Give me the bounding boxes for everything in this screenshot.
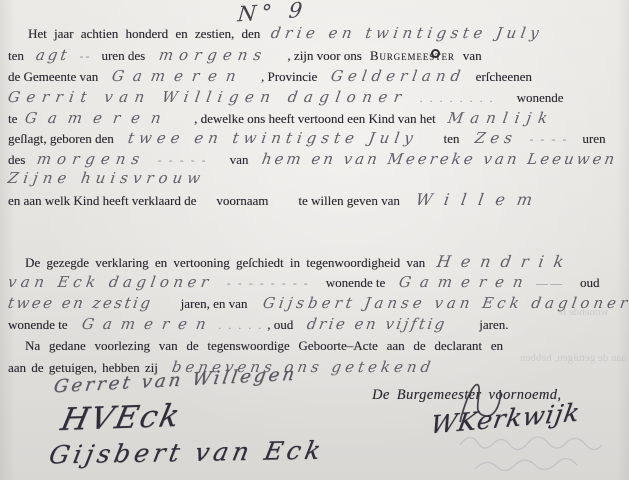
handwritten-witness1-place: Gameren (398, 273, 534, 291)
handwritten-province: Gelderland (330, 67, 467, 85)
act-number: N° 9 (237, 0, 309, 26)
handwritten-municipality: Gameren (111, 67, 247, 85)
signature-witness2: Gijsbert van Eck (47, 436, 327, 470)
printed-ten-2: ten (444, 131, 460, 146)
handwritten-daypart: morgens (158, 46, 269, 64)
printed-wonende-te-2: wonende te (8, 317, 68, 332)
text-line-7: des morgens - - - - - van hem en van Mee… (8, 150, 618, 169)
printed-van: van (463, 48, 482, 63)
printed-declared-name: en aan welk Kind heeft verklaard de (8, 193, 196, 208)
printed-des: des (8, 152, 25, 167)
handwritten-hour: agt (34, 46, 70, 64)
text-line-6: geſlagt, geboren den twee en twintigste … (8, 129, 606, 148)
printed-year-text: Het jaar achtien honderd en zestien, den (28, 26, 260, 41)
bleedthrough-text-1: wonende te (558, 306, 608, 318)
filler-dots: . . . . . . . . (420, 91, 495, 105)
printed-provincie: , Provincie (261, 69, 317, 84)
printed-born-den: geſlagt, geboren den (8, 131, 114, 146)
handwritten-witness2-place: Gameren (80, 315, 216, 333)
printed-uren-des: uren des (101, 48, 145, 63)
handwritten-witness1-first: Hendrik (436, 252, 575, 271)
handwritten-residence: Gameren (24, 109, 174, 127)
handwritten-child-name: Willem (414, 190, 545, 209)
printed-witness-intro: De gezegde verklaring en vertooning geſc… (25, 255, 425, 270)
printed-uren: uren (582, 131, 605, 146)
printed-appeared: erſcheenen (476, 69, 532, 84)
printed-burgemeester-title: Burgemeester (370, 48, 455, 63)
text-line-14: Na gedane voorlezing van de tegenswoordi… (25, 337, 503, 355)
printed-oud-2: , oud (267, 317, 293, 332)
handwritten-date: drie en twintigste July (270, 24, 545, 42)
text-line-11: van Eck dagloner - - - - - - - - wonende… (8, 273, 600, 292)
text-line-4: Gerrit van Willigen dagloner . . . . . .… (8, 88, 564, 107)
printed-voornaam: voornaam (216, 193, 268, 208)
handwritten-parents: hem en van Meereke van Leeuwen (261, 150, 619, 168)
handwritten-gender: Manlijk (446, 109, 555, 127)
text-line-8: Zijne huisvrouw (8, 169, 205, 188)
printed-gemeente: de Gemeente van (8, 69, 98, 84)
printed-oud: oud (580, 275, 600, 290)
printed-before-title: , zijn voor ons (287, 48, 361, 63)
printed-jaren-en-van: jaren, en van (181, 296, 248, 311)
printed-give-name: te willen geven van (298, 193, 399, 208)
text-line-13: wonende te Gameren . . . . . , oud drie … (8, 315, 508, 334)
filler-dots-2: . . . . . (218, 318, 263, 332)
printed-van-2: van (230, 152, 249, 167)
ink-ring-mark (431, 49, 440, 58)
text-line-9: en aan welk Kind heeft verklaard de voor… (8, 190, 544, 210)
handwritten-birth-hour: Zes (474, 129, 519, 147)
signature-witness1: HVEck (58, 398, 185, 438)
handwritten-wife: Zijne huisvrouw (7, 169, 207, 187)
filler-dashes-2: - - - - (529, 132, 568, 146)
printed-showed-child: , dewelke ons heeft vertoond een Kind va… (194, 111, 436, 126)
handwritten-daypart-2: morgens (36, 150, 147, 168)
handwritten-declarant-name: Gerrit van Willigen dagloner (7, 88, 409, 106)
handwritten-birthdate: twee en twintigste July (126, 129, 419, 147)
text-line-10: De gezegde verklaring en vertooning geſc… (25, 252, 574, 272)
printed-ten: ten (8, 48, 24, 63)
filler-dashes-4: - - - - - - - - (227, 276, 310, 290)
printed-reading-clause: Na gedane voorlezing van de tegenswoordi… (25, 338, 503, 353)
text-line-2: ten agt -- uren des morgens , zijn voor … (8, 46, 482, 65)
text-line-12: twee en zestig jaren, en van Gijsbert Ja… (8, 294, 629, 313)
filler-dash-5: —— (536, 276, 564, 290)
printed-te: te (8, 111, 17, 126)
printed-wonende: wonende (517, 90, 564, 105)
printed-jaren: jaren. (479, 317, 508, 332)
bleedthrough-text-2: aan de getuigen, hebben (520, 352, 626, 364)
filler-dashes: -- (79, 49, 91, 63)
text-line-3: de Gemeente van Gameren , Provincie Geld… (8, 67, 532, 86)
handwritten-witness1-age: twee en zestig (7, 294, 154, 312)
text-line-5: te Gameren , dewelke ons heeft vertoond … (8, 109, 554, 128)
filler-dashes-3: - - - - - (158, 153, 208, 167)
handwritten-witness2-age: drie en vijftig (306, 315, 449, 333)
text-line-1: Het jaar achtien honderd en zestien, den… (28, 24, 543, 43)
handwritten-witness1-rest: van Eck dagloner (7, 273, 215, 291)
bleedthrough-scrawl (455, 425, 625, 480)
printed-wonende-te: wonende te (326, 275, 386, 290)
birth-certificate-scan: N° 9 Het jaar achtien honderd en zestien… (0, 0, 629, 480)
